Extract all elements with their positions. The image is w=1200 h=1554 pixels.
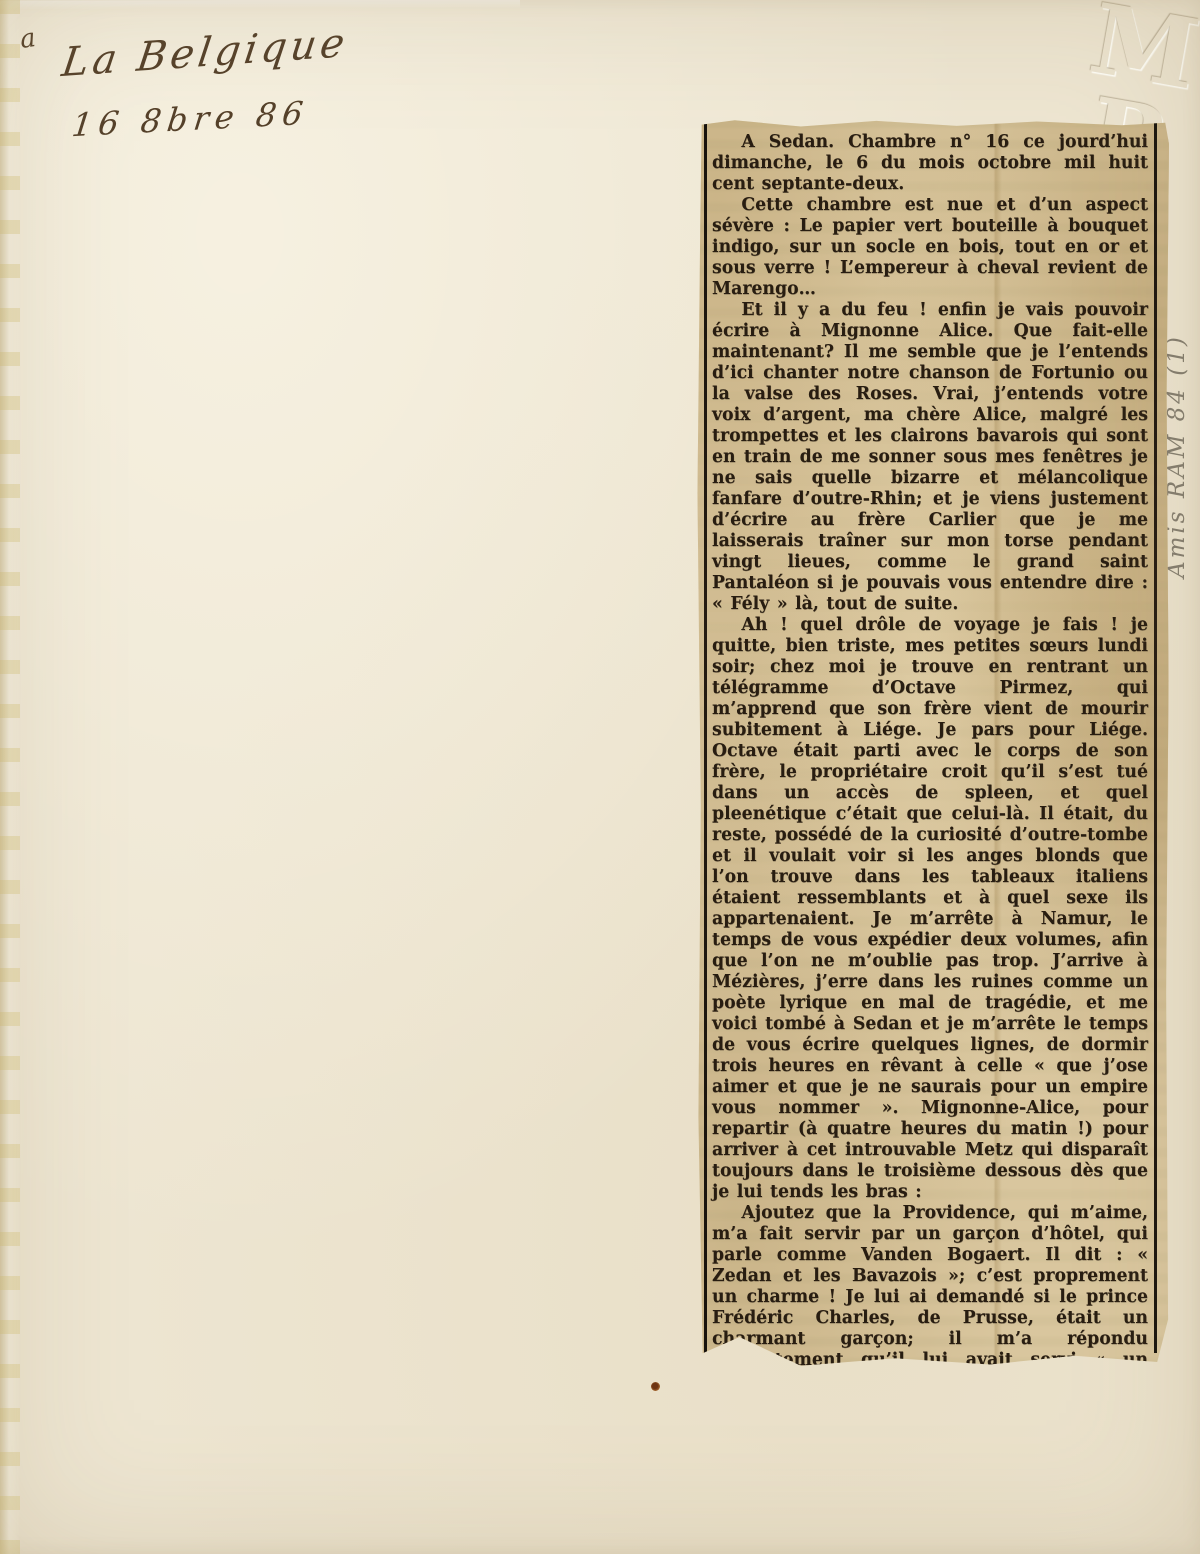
clipping-paragraph: Ah ! quel drôle de voyage je fais ! je q… — [712, 615, 1148, 1203]
clipping-paragraph: Ajoutez que la Providence, qui m’aime, m… — [712, 1203, 1148, 1518]
pencil-shelfmark-note: Amis RAM 84 (1) — [1164, 18, 1198, 578]
handwritten-title: La Belgique — [59, 20, 351, 87]
handwritten-date: 16 8bre 86 — [70, 94, 311, 145]
clipping-paragraph: Cette chambre est nue et d’un aspect sév… — [712, 195, 1148, 300]
column-rule-left — [704, 122, 707, 1359]
column-rule-right — [1154, 122, 1157, 1353]
torn-paper-edge-top — [0, 0, 520, 10]
paper-sheet: a La Belgique 16 8bre 86 M R Amis RAM 84… — [0, 0, 1200, 1554]
handwritten-corner-letter: a — [18, 23, 38, 55]
foxing-speck — [651, 1382, 660, 1391]
newspaper-clipping: A Sedan. Chambre n° 16 ce jourd’hui dima… — [697, 119, 1169, 1367]
torn-paper-edge-left — [0, 0, 20, 1554]
clipping-paragraph: Et il y a du feu ! enfin je vais pouvoir… — [712, 300, 1148, 615]
clipping-text-column: A Sedan. Chambre n° 16 ce jourd’hui dima… — [712, 132, 1148, 1518]
clipping-paragraph: A Sedan. Chambre n° 16 ce jourd’hui dima… — [712, 132, 1148, 195]
